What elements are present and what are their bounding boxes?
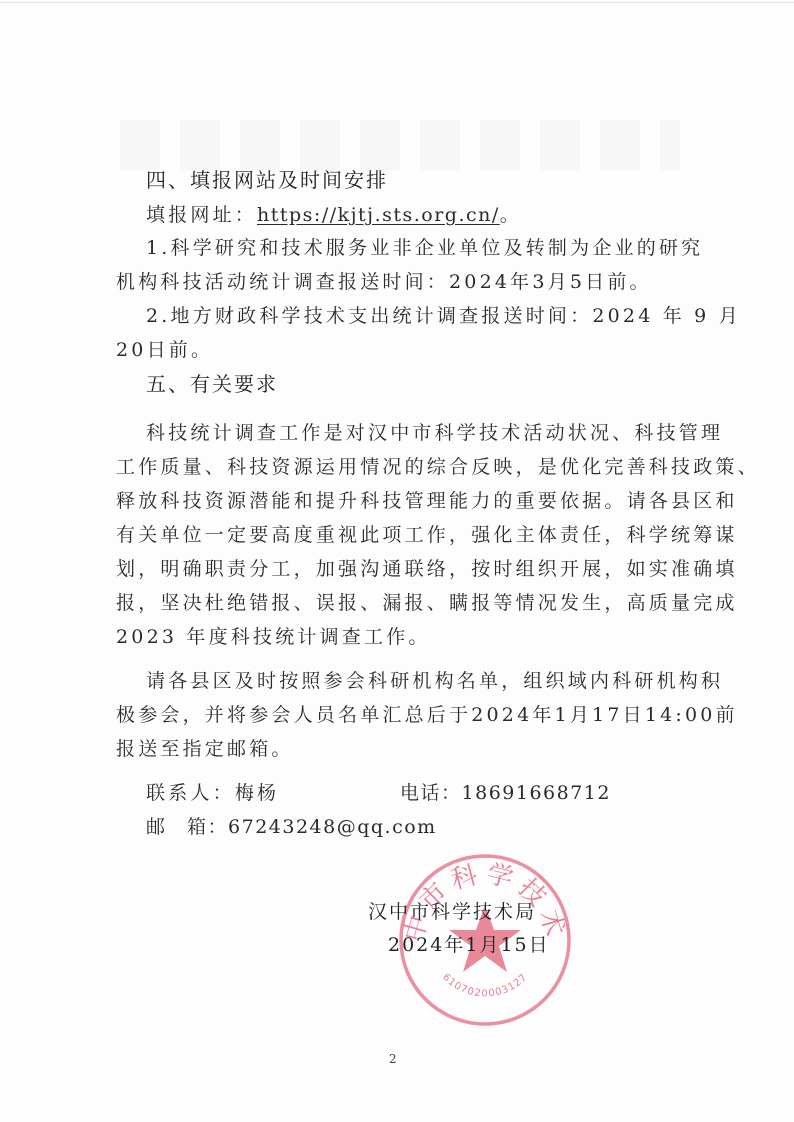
contact-phone-label: 电话： [400,782,462,804]
contact-email-label: 邮 箱： [146,816,228,838]
section4-heading: 四、填报网站及时间安排 [146,168,388,192]
item1-line1: 1.科学研究和技术服务业非企业单位及转制为企业的研究 [146,236,703,260]
para1-line: 工作质量、科技资源运用情况的综合反映，是优化完善科技政策、 [116,455,760,479]
contact-person-name: 梅杨 [235,782,279,804]
para1-line: 有关单位一定要高度重视此项工作，强化主体责任，科学统筹谋 [116,523,738,547]
item2-line2: 20日前。 [116,338,213,362]
contact-person-label: 联系人： [146,782,235,804]
url-row: 填报网址：https://kjtj.sts.org.cn/。 [146,203,522,227]
report-website-link[interactable]: https://kjtj.sts.org.cn/ [257,204,500,226]
para1-line: 报，坚决杜绝错报、误报、漏报、瞒报等情况发生，高质量完成 [116,591,738,615]
url-suffix: 。 [500,204,522,226]
signing-date: 2024年1月15日 [388,930,550,957]
para2-line: 报送至指定邮箱。 [116,737,294,761]
contact-phone-row: 电话：18691668712 [400,781,611,805]
item1-line2: 机构科技活动统计调查报送时间：2024年3月5日前。 [116,270,652,294]
scan-edge-line [0,2,794,3]
para2-line: 请各县区及时按照参会科研机构名单，组织域内科研机构积 [146,669,723,693]
url-label: 填报网址： [146,204,257,226]
para1-line: 划，明确职责分工，加强沟通联络，按时组织开展，如实准确填 [116,557,738,581]
para2-line: 极参会，并将参会人员名单汇总后于2024年1月17日14:00前 [116,703,738,727]
signing-organization: 汉中市科学技术局 [368,897,536,924]
bleed-through-shadow [120,120,680,170]
contact-email-value[interactable]: 67243248@qq.com [228,816,437,838]
contact-phone-value: 18691668712 [462,782,611,804]
contact-email-row: 邮 箱：67243248@qq.com [146,815,437,839]
para1-line: 释放科技资源潜能和提升科技管理能力的重要依据。请各县区和 [116,489,738,513]
item2-line1: 2.地方财政科学技术支出统计调查报送时间：2024 年 9 月 [146,304,741,328]
document-page: 四、填报网站及时间安排 填报网址：https://kjtj.sts.org.cn… [0,0,794,1122]
page-number: 2 [389,1052,397,1066]
svg-text:6107020003127: 6107020003127 [440,972,530,1000]
contact-person-row: 联系人：梅杨 [146,781,279,805]
para1-line: 2023 年度科技统计调查工作。 [116,625,431,649]
para1-line: 科技统计调查工作是对汉中市科学技术活动状况、科技管理 [146,421,723,445]
section5-heading: 五、有关要求 [146,372,278,396]
